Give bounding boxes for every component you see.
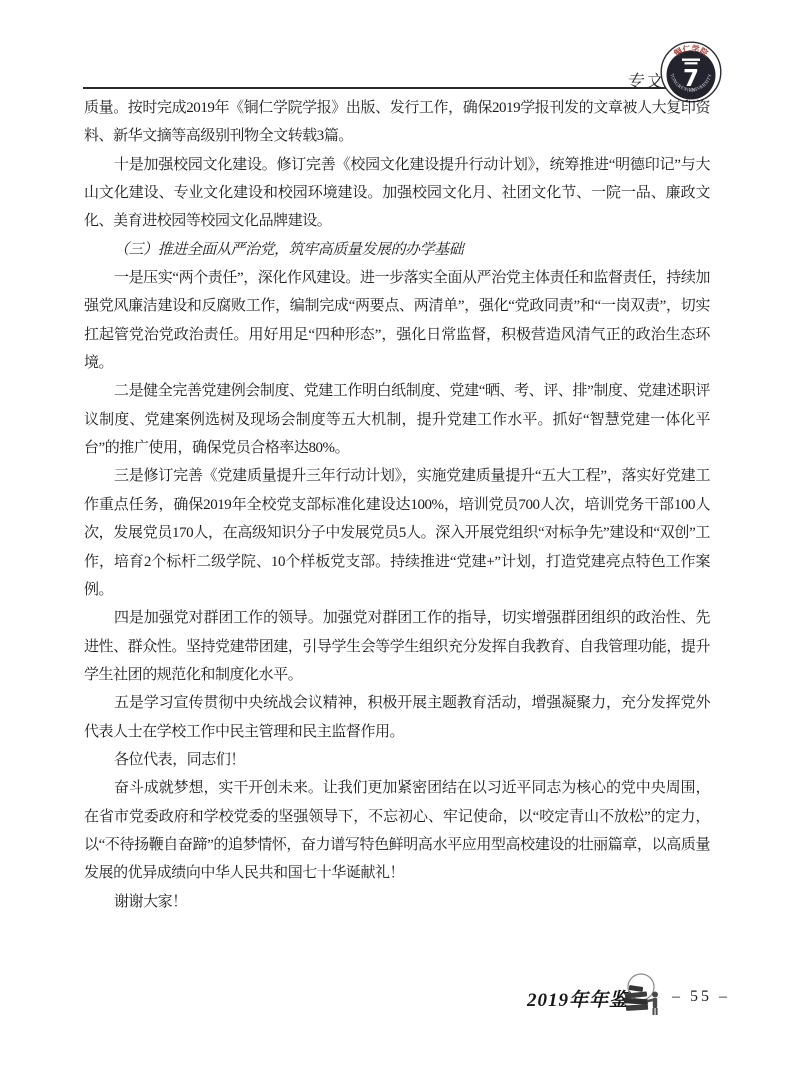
paragraph: 四是加强党对群团工作的领导。加强党对群团工作的指导，切实增强群团组织的政治性、先…: [84, 604, 710, 689]
section-label: 专文: [626, 67, 664, 92]
paragraph-salutation: 各位代表，同志们！: [84, 746, 710, 774]
paragraph: 二是健全完善党建例会制度、党建工作明白纸制度、党建“晒、考、评、排”制度、党建述…: [84, 377, 710, 462]
section-heading: （三）推进全面从严治党，筑牢高质量发展的办学基础: [84, 236, 710, 264]
page-number: – 55 –: [672, 988, 730, 1006]
yearbook-stamp-icon: [617, 971, 665, 1021]
paragraph: 三是修订完善《党建质量提升三年行动计划》，实施党建质量提升“五大工程”，落实好党…: [84, 462, 710, 604]
paragraph: 五是学习宣传贯彻中央统战会议精神，积极开展主题教育活动，增强凝聚力，充分发挥党外…: [84, 689, 710, 746]
header-rule: [83, 87, 712, 89]
footer-yearbook-title: 2019年年鉴: [527, 985, 629, 1012]
document-body: 质量。按时完成2019年《铜仁学院学报》出版、发行工作，确保2019学报刊发的文…: [84, 94, 710, 916]
paragraph-closing: 谢谢大家！: [84, 888, 710, 916]
paragraph: 十是加强校园文化建设。修订完善《校园文化建设提升行动计划》，统筹推进“明德印记”…: [84, 151, 710, 236]
paragraph: 奋斗成就梦想，实干开创未来。让我们更加紧密团结在以习近平同志为核心的党中央周围，…: [84, 774, 710, 887]
document-page: 专文 铜仁学院 7 1920 TONGREN UNIVERSITY 质量。按时完…: [0, 0, 793, 1077]
paragraph: 一是压实“两个责任”，深化作风建设。进一步落实全面从严治党主体责任和监督责任，持…: [84, 264, 710, 377]
paragraph-continuation: 质量。按时完成2019年《铜仁学院学报》出版、发行工作，确保2019学报刊发的文…: [84, 94, 710, 151]
